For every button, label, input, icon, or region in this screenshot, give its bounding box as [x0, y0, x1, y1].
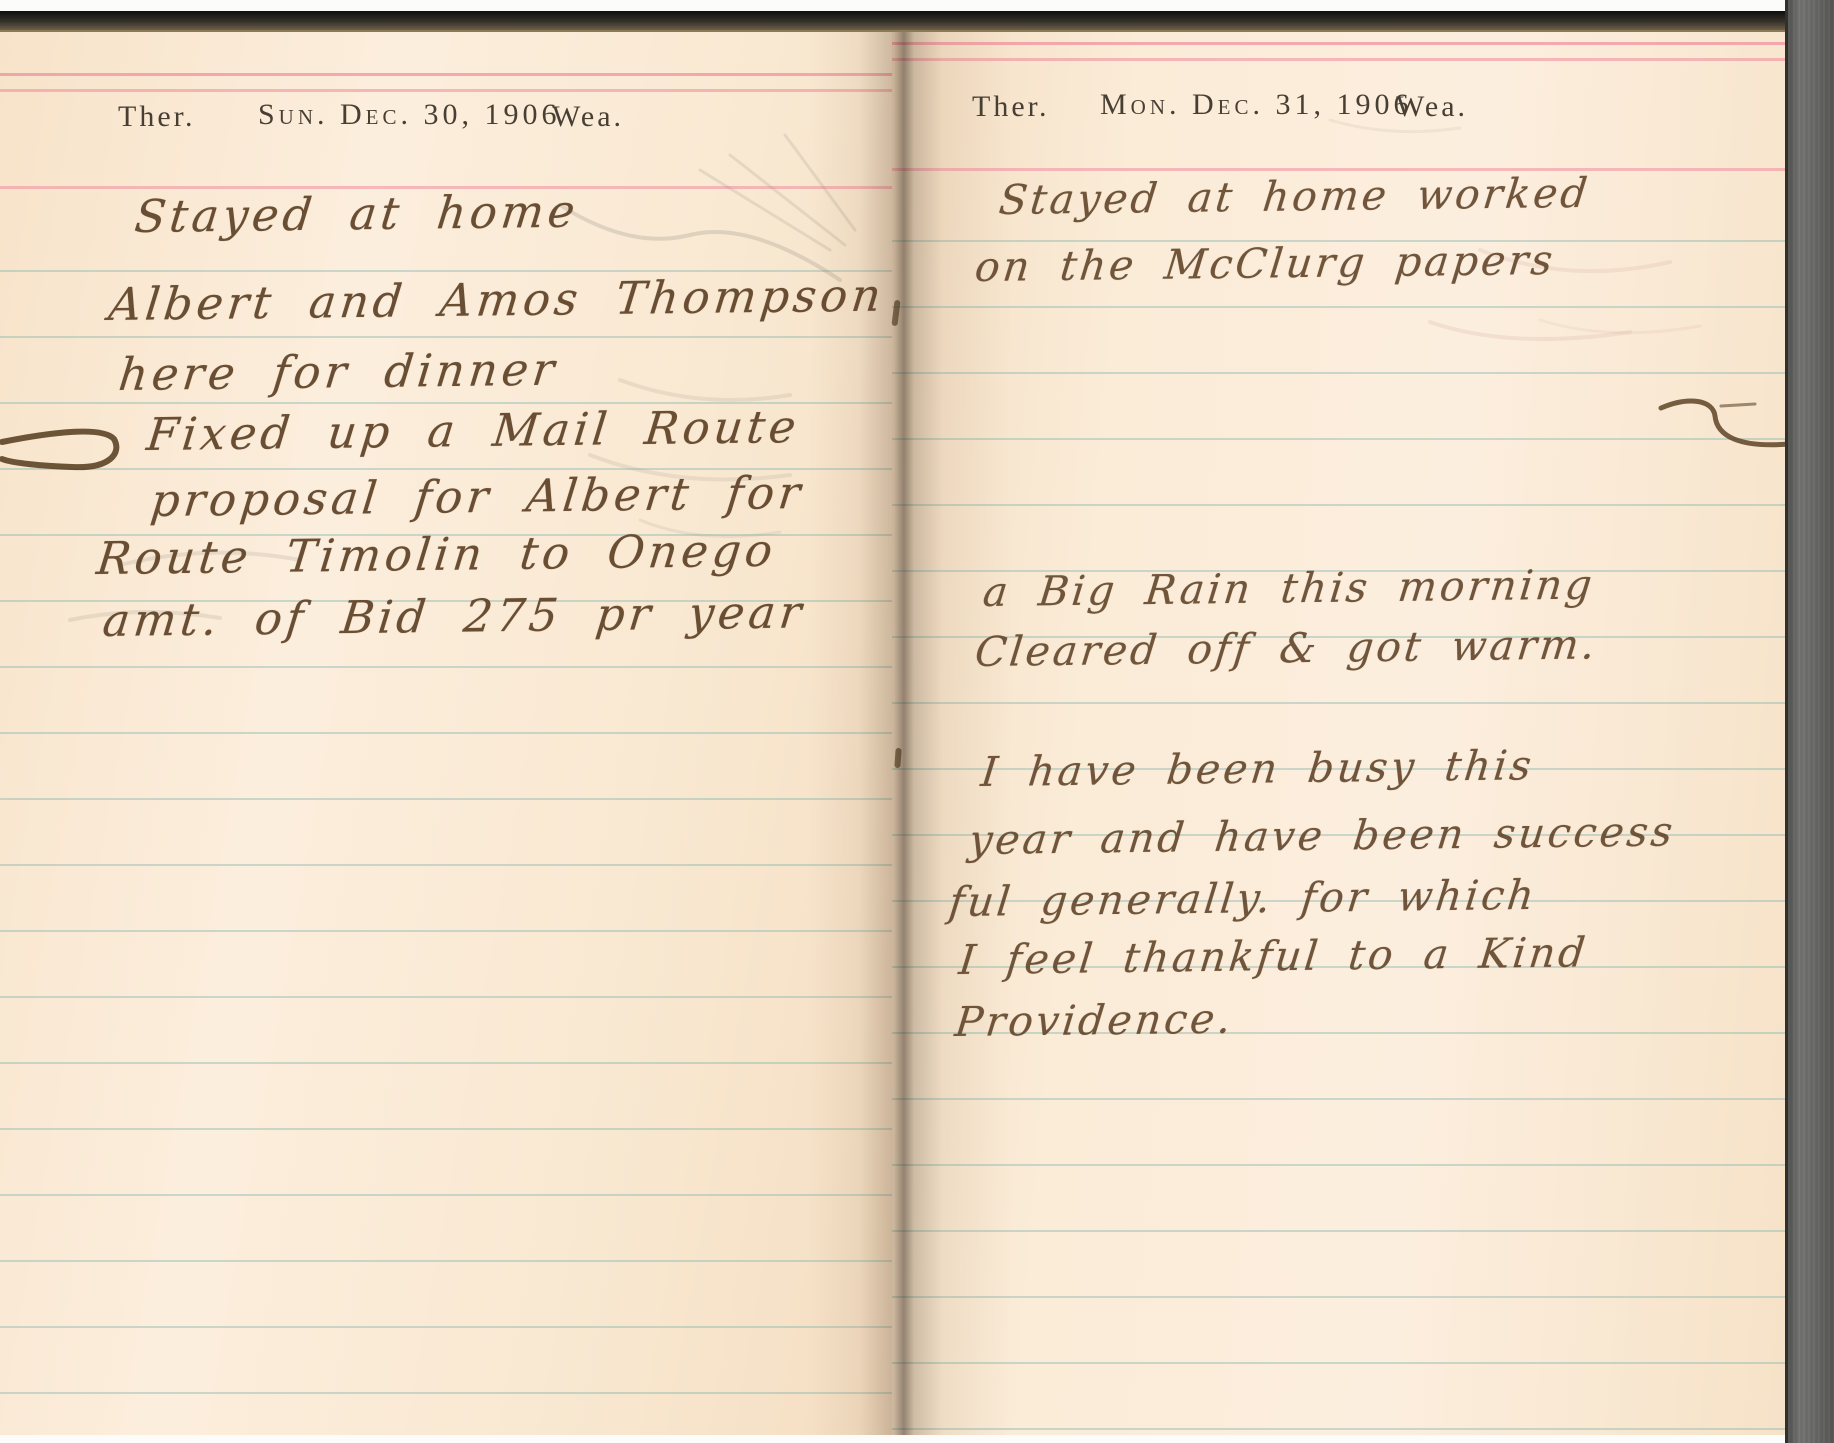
scan-edge-top [0, 0, 1834, 11]
handwritten-line: Fixed up a Mail Route [144, 400, 802, 461]
handwritten-line: proposal for Albert for [148, 466, 807, 527]
ther-label-left: Ther. [118, 100, 195, 134]
handwritten-line: Cleared off & got warm. [973, 620, 1601, 676]
handwritten-line: I have been busy this [979, 741, 1537, 796]
binding-edge-top [0, 11, 1834, 32]
handwritten-line: Providence. [953, 995, 1237, 1046]
ther-label-right: Ther. [972, 90, 1049, 124]
handwritten-line: Stayed at home worked [997, 169, 1593, 224]
handwritten-line: ful generally. for which [947, 871, 1540, 926]
binding-edge-right [1785, 0, 1834, 1443]
scan-edge-bottom [0, 1435, 1834, 1443]
handwritten-line: amt. of Bid 275 pr year [100, 585, 808, 647]
handwritten-line: a Big Rain this morning [981, 561, 1597, 617]
date-heading-right: Mon. Dec. 31, 1906 [1100, 88, 1413, 122]
handwritten-line: year and have been success [967, 807, 1678, 864]
pink-header-rule-double [0, 73, 892, 92]
diary-scan: Ther. Sun. Dec. 30, 1906 Wea. Ther. Mon.… [0, 0, 1834, 1443]
handwritten-line: Route Timolin to Onego [94, 524, 779, 585]
handwritten-line: Albert and Amos Thompson [106, 269, 887, 332]
handwritten-line: on the McClurg papers [973, 236, 1558, 291]
pink-header-rule-double [892, 42, 1788, 61]
handwritten-line: I feel thankful to a Kind [957, 928, 1591, 984]
handwritten-line: here for dinner [116, 343, 561, 401]
wea-label-left: Wea. [552, 100, 624, 134]
handwritten-line: Stayed at home [132, 185, 581, 243]
wea-label-right: Wea. [1396, 90, 1468, 124]
pink-header-rule-single [892, 168, 1788, 171]
date-heading-left: Sun. Dec. 30, 1906 [258, 98, 561, 132]
